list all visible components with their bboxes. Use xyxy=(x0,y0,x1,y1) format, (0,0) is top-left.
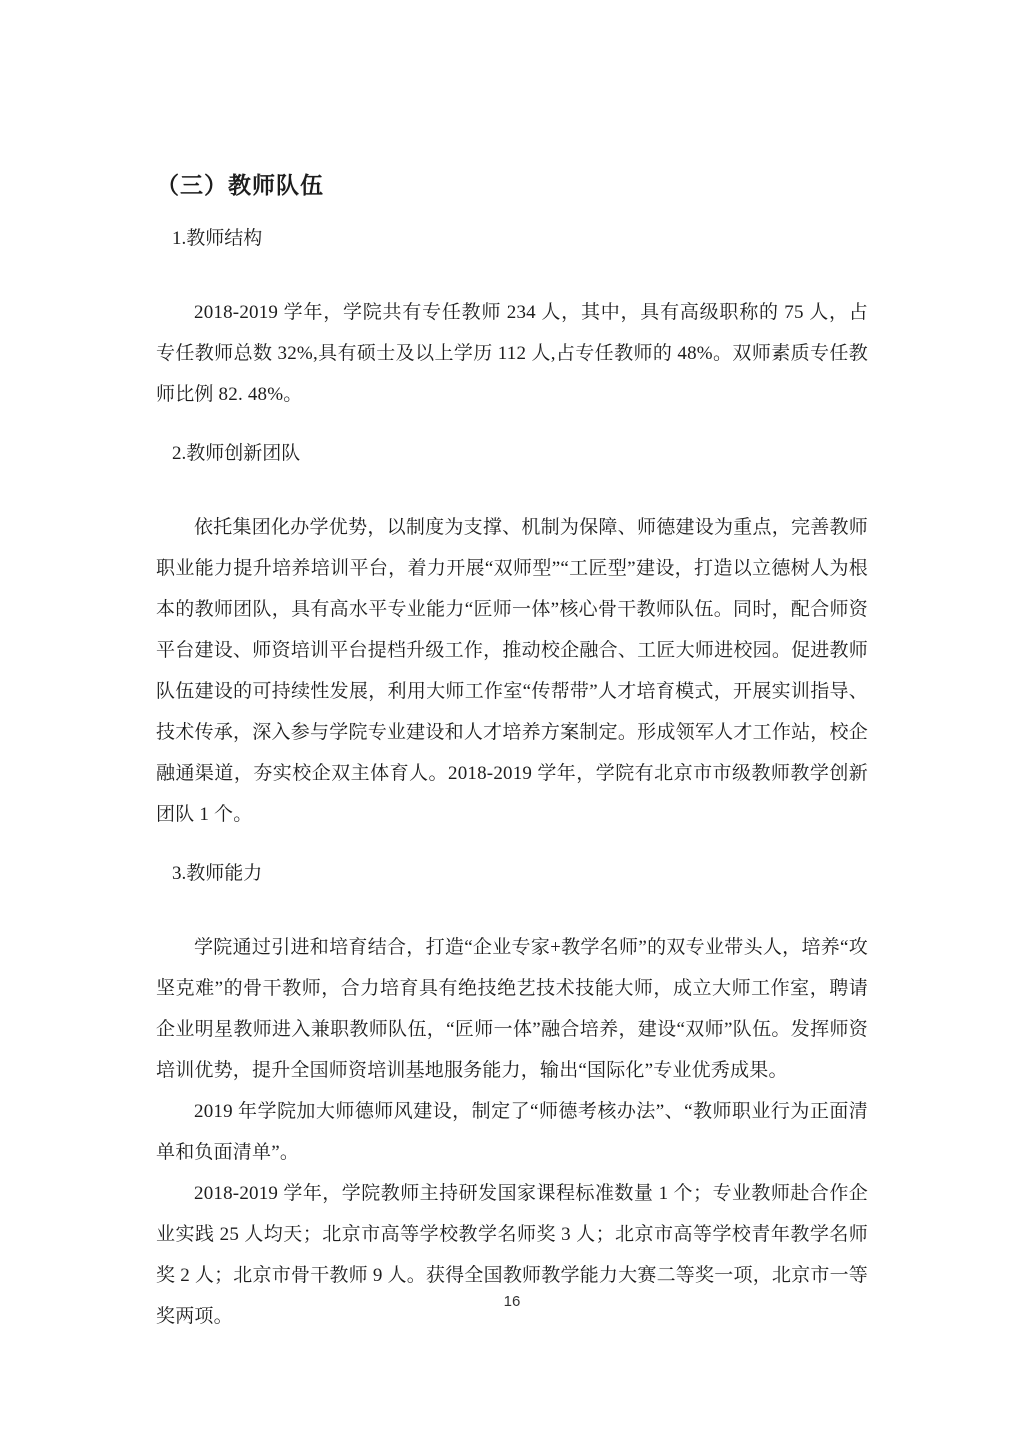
paragraph-teacher-ability-1: 学院通过引进和培育结合，打造“企业专家+教学名师”的双专业带头人，培养“攻坚克难… xyxy=(156,927,868,1091)
paragraph-teacher-structure: 2018-2019 学年，学院共有专任教师 234 人，其中，具有高级职称的 7… xyxy=(156,292,868,415)
section-heading: （三）教师队伍 xyxy=(156,170,868,200)
subsection-heading-teacher-structure: 1.教师结构 xyxy=(172,226,868,252)
subsection-heading-teacher-innovation-team: 2.教师创新团队 xyxy=(172,441,868,467)
page-number: 16 xyxy=(0,1293,1024,1310)
document-page: （三）教师队伍 1.教师结构 2018-2019 学年，学院共有专任教师 234… xyxy=(0,0,1024,1448)
subsection-heading-teacher-ability: 3.教师能力 xyxy=(172,861,868,887)
page-content: （三）教师队伍 1.教师结构 2018-2019 学年，学院共有专任教师 234… xyxy=(0,0,1024,1337)
subsection-teacher-structure: 1.教师结构 2018-2019 学年，学院共有专任教师 234 人，其中，具有… xyxy=(156,226,868,415)
subsection-teacher-ability: 3.教师能力 学院通过引进和培育结合，打造“企业专家+教学名师”的双专业带头人，… xyxy=(156,861,868,1337)
subsection-teacher-innovation-team: 2.教师创新团队 依托集团化办学优势，以制度为支撑、机制为保障、师德建设为重点，… xyxy=(156,441,868,835)
paragraph-teacher-ability-3: 2018-2019 学年，学院教师主持研发国家课程标准数量 1 个；专业教师赴合… xyxy=(156,1173,868,1337)
paragraph-teacher-innovation-team: 依托集团化办学优势，以制度为支撑、机制为保障、师德建设为重点，完善教师职业能力提… xyxy=(156,507,868,835)
paragraph-teacher-ability-2: 2019 年学院加大师德师风建设，制定了“师德考核办法”、“教师职业行为正面清单… xyxy=(156,1091,868,1173)
